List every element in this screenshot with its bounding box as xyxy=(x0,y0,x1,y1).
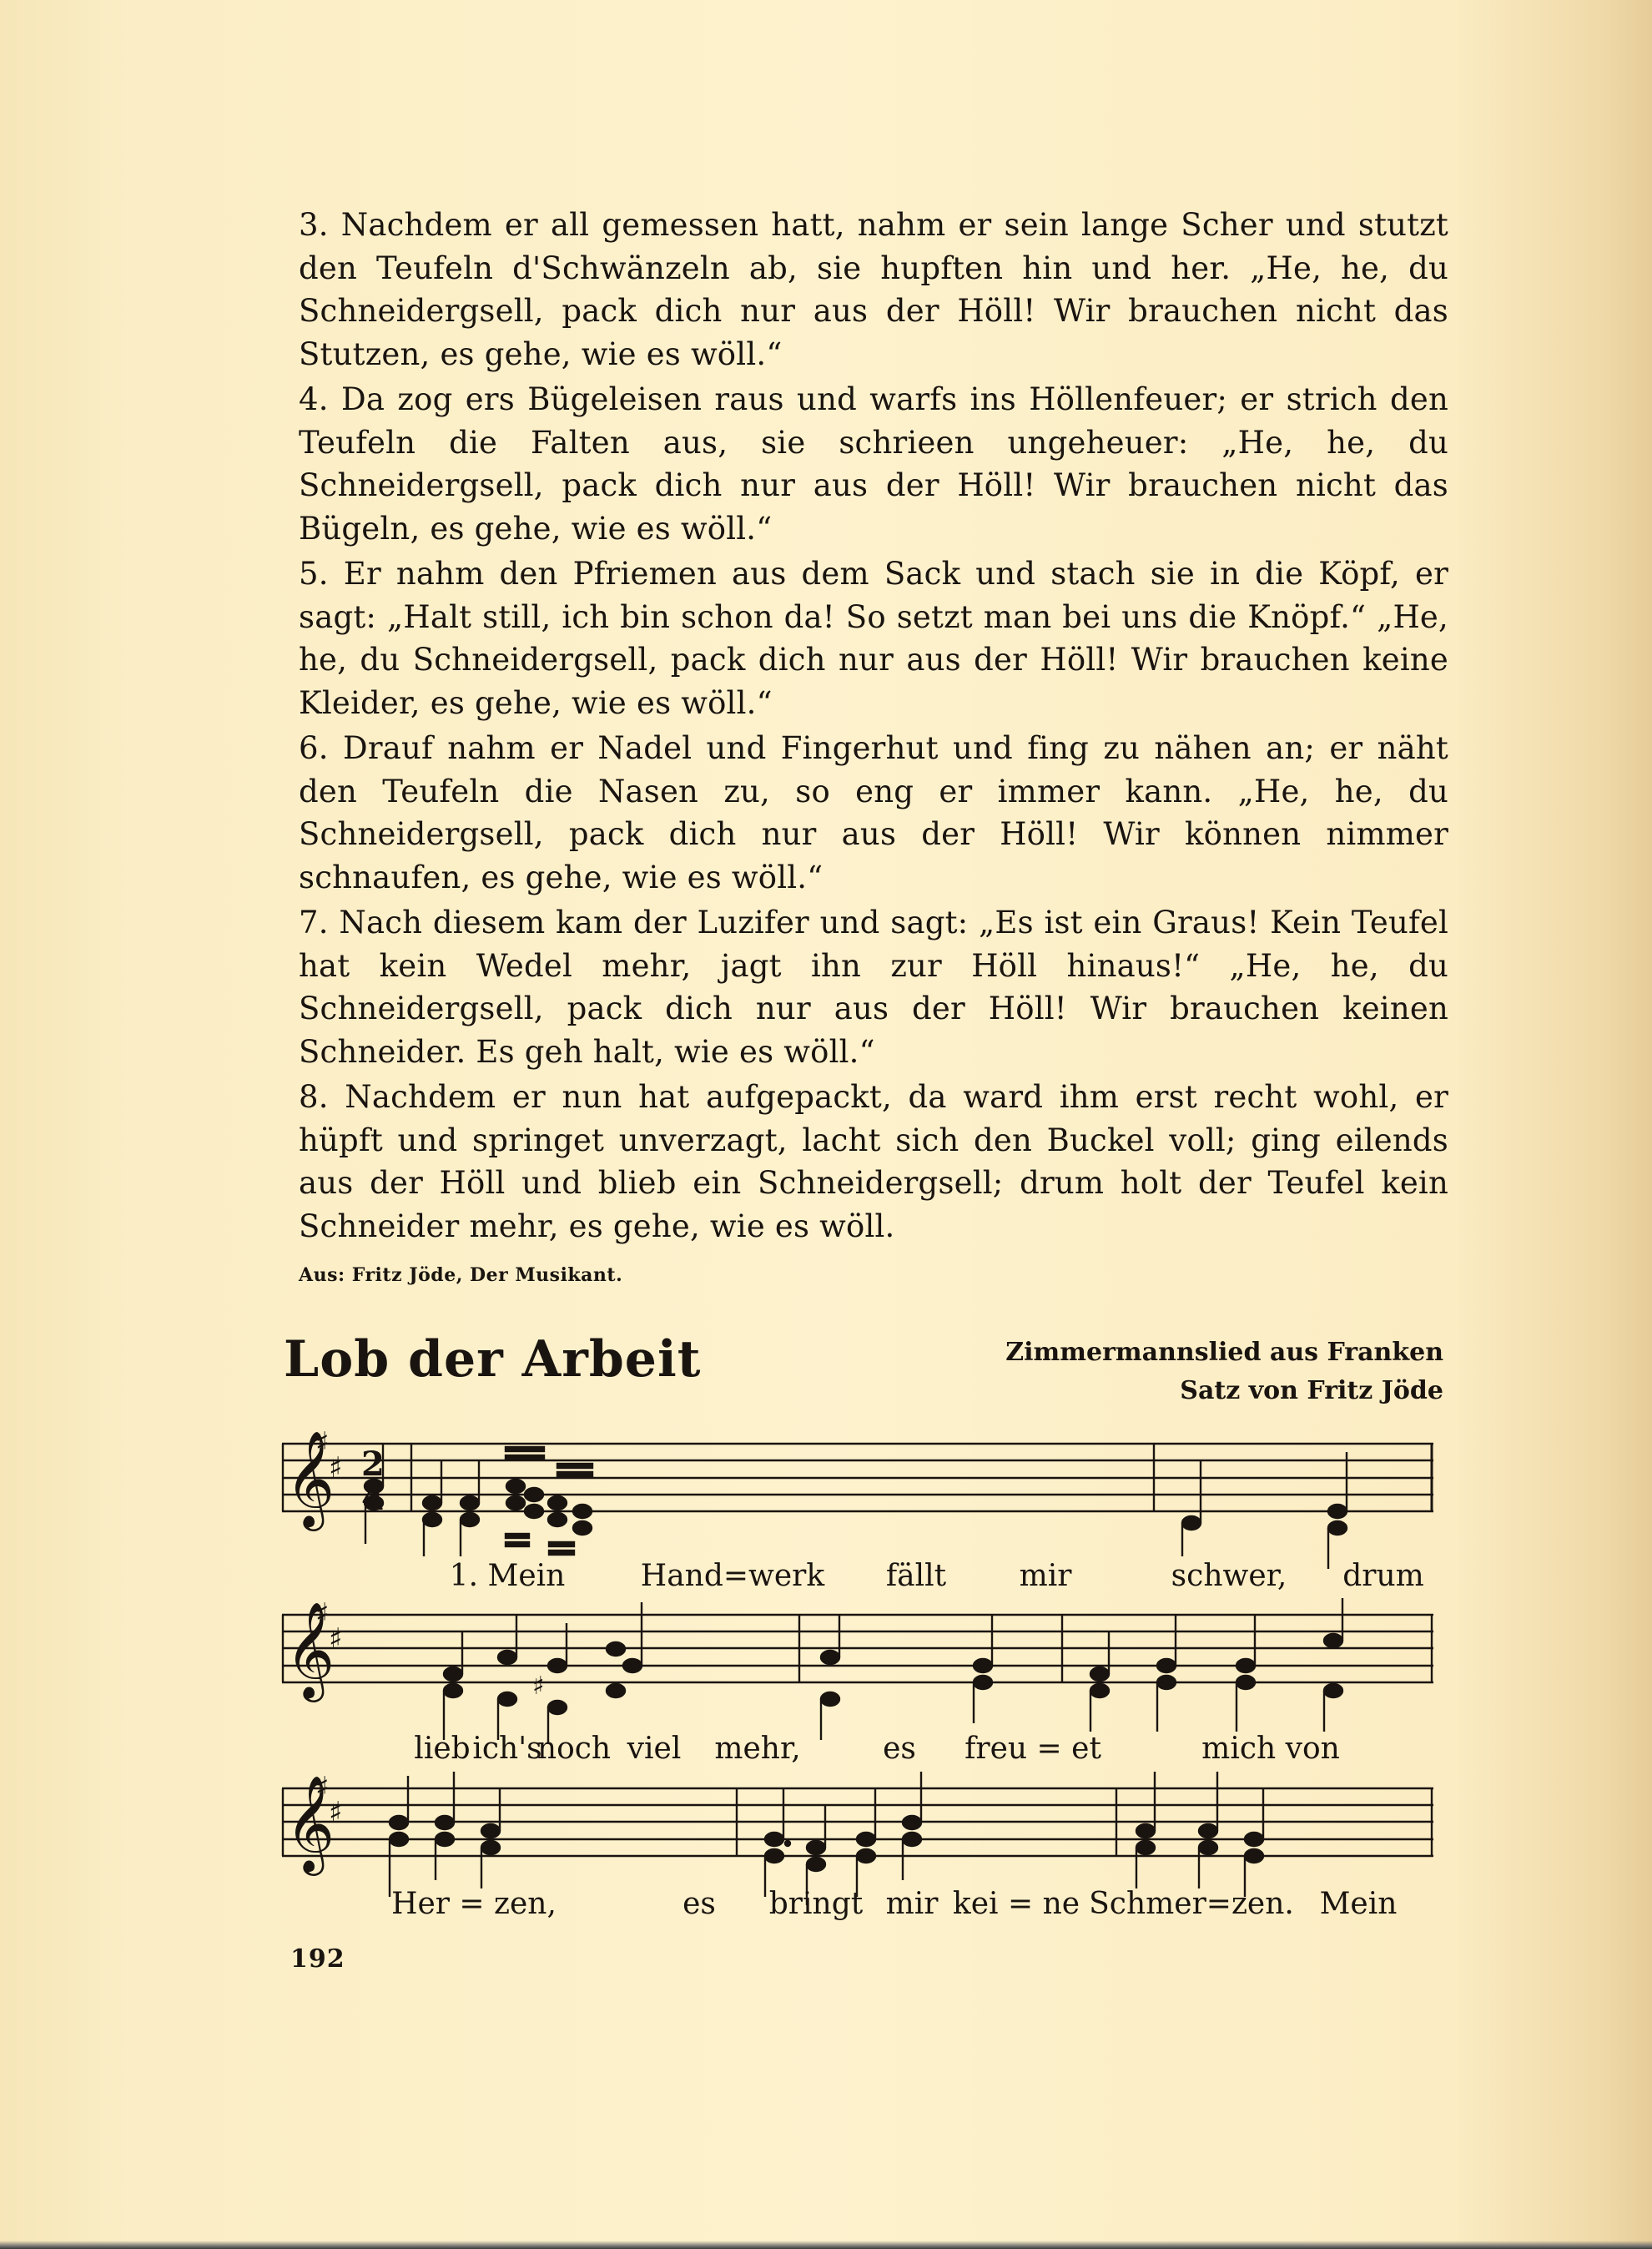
notes: ♯ xyxy=(444,1598,1342,1744)
verse-list: 3. Nachdem er all gemessen hatt, nahm er… xyxy=(299,204,1448,1250)
verse-3: 3. Nachdem er all gemessen hatt, nahm er… xyxy=(299,204,1448,376)
verse-text: Nachdem er all gemessen hatt, nahm er se… xyxy=(299,207,1448,372)
song-origin: Zimmermannslied aus Franken xyxy=(1005,1334,1443,1372)
source-note: Aus: Fritz Jöde, Der Musikant. xyxy=(299,1264,622,1286)
lyric: schwer, xyxy=(1171,1559,1287,1593)
lyric: freu = et xyxy=(965,1732,1101,1766)
time-signature-top: 2 xyxy=(361,1445,385,1484)
lyric: Schmer=zen. xyxy=(1089,1887,1294,1921)
verse-number: 7. xyxy=(299,905,329,940)
song-arrangement: Satz von Fritz Jöde xyxy=(1005,1372,1443,1410)
music-system-2: 𝄞 ♯ ♯ ♯ lieb ich's noch viel mehr, es fr… xyxy=(282,1598,1433,1790)
verse-number: 3. xyxy=(299,207,329,243)
song-meta: Zimmermannslied aus Franken Satz von Fri… xyxy=(1005,1334,1443,1410)
page-number: 192 xyxy=(290,1944,345,1974)
sharp-icon: ♯ xyxy=(329,1796,342,1829)
lyric: ich's xyxy=(472,1732,541,1766)
lyric: kei = ne xyxy=(953,1887,1080,1921)
page-bottom-edge xyxy=(0,2241,1652,2249)
verse-4: 4. Da zog ers Bügeleisen raus und warfs … xyxy=(299,378,1448,550)
verse-text: Nachdem er nun hat aufgepackt, da ward i… xyxy=(299,1079,1448,1244)
verse-number: 4. xyxy=(299,381,329,417)
lyric: es xyxy=(682,1887,716,1921)
lyric: mich von xyxy=(1201,1732,1340,1766)
verse-text: Nach diesem kam der Luzifer und sagt: „E… xyxy=(299,905,1448,1070)
lyric: mehr, xyxy=(714,1732,800,1766)
music-system-1: 𝄞 ♯ ♯ 2 4 1. Mein Hand=werk fällt mir sc… xyxy=(282,1427,1433,1619)
lyric: 1. Mein xyxy=(450,1559,566,1593)
sharp-icon: ♯ xyxy=(315,1597,329,1631)
lyric: mir xyxy=(886,1887,939,1921)
lyric: mir xyxy=(1020,1559,1072,1593)
lyric: Mein xyxy=(1320,1887,1398,1921)
verse-text: Er nahm den Pfriemen aus dem Sack und st… xyxy=(299,556,1448,721)
lyric: drum xyxy=(1342,1559,1424,1593)
verse-number: 5. xyxy=(299,556,329,592)
verse-text: Drauf nahm er Nadel und Fingerhut und fi… xyxy=(299,730,1448,895)
lyric: bringt xyxy=(769,1887,863,1921)
verse-7: 7. Nach diesem kam der Luzifer und sagt:… xyxy=(299,901,1448,1073)
verse-8: 8. Nachdem er nun hat aufgepackt, da war… xyxy=(299,1076,1448,1248)
lyric: fällt xyxy=(886,1559,946,1593)
lyric: noch xyxy=(537,1732,611,1766)
sharp-icon: ♯ xyxy=(329,1451,342,1485)
verse-number: 8. xyxy=(299,1079,329,1115)
verse-number: 6. xyxy=(299,730,329,766)
music-system-3: 𝄞 ♯ ♯ Her = zen, es bringt mir kei = ne … xyxy=(282,1772,1433,1964)
lyric: Hand=werk xyxy=(641,1559,824,1593)
notes xyxy=(365,1444,1347,1569)
song-title: Lob der Arbeit xyxy=(284,1330,701,1389)
lyric: es xyxy=(883,1732,916,1766)
verse-6: 6. Drauf nahm er Nadel und Fingerhut und… xyxy=(299,727,1448,899)
lyric: Her = zen, xyxy=(391,1887,557,1921)
sharp-icon: ♯ xyxy=(315,1771,329,1804)
lyric: viel xyxy=(627,1732,682,1766)
svg-text:♯: ♯ xyxy=(532,1672,545,1701)
sharp-icon: ♯ xyxy=(329,1622,342,1656)
lyric: lieb xyxy=(414,1732,470,1766)
verse-5: 5. Er nahm den Pfriemen aus dem Sack und… xyxy=(299,552,1448,724)
sharp-icon: ♯ xyxy=(315,1426,329,1460)
verse-text: Da zog ers Bügeleisen raus und warfs ins… xyxy=(299,381,1448,547)
